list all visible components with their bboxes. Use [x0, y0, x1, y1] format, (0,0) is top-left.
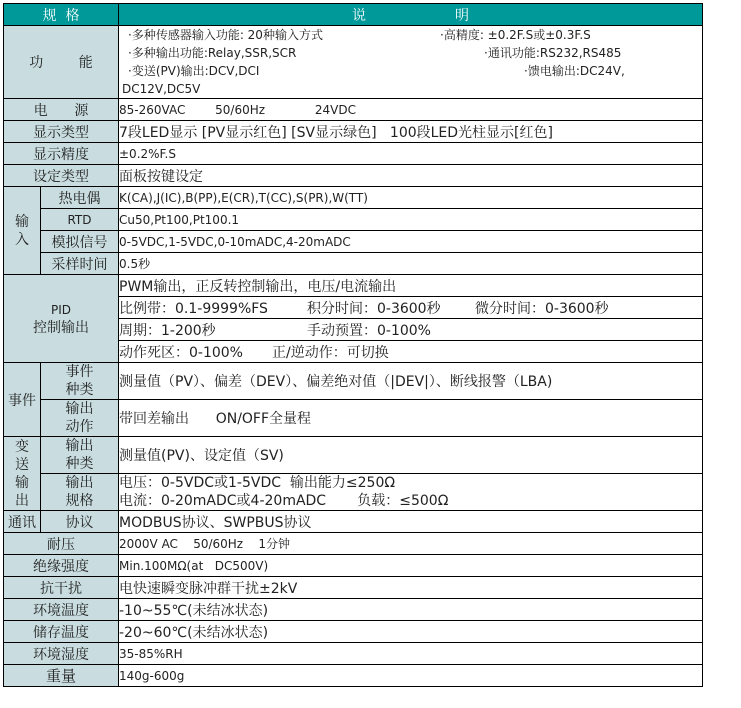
label-transmit-type: 输出 种类	[41, 437, 119, 474]
label-weight: 重量	[4, 665, 119, 687]
function-item: ·多种输出功能:Relay,SSR,SCR	[128, 44, 296, 62]
value-pid-deadband: 动作死区：0-100%正/逆动作：可切换	[119, 341, 703, 363]
value-transmit-type: 测量值(PV)、设定值（SV)	[119, 437, 703, 474]
value-thermocouple: K(CA),J(IC),B(PP),E(CR),T(CC),S(PR),W(TT…	[119, 187, 703, 209]
value-transmit-spec: 电压：0-5VDC或1-5VDC 输出能力≤250Ω 电流：0-20mADC或4…	[119, 474, 703, 511]
label-rtd: RTD	[41, 209, 119, 231]
label-transmit-output: 变 送 输 出	[4, 437, 41, 511]
value-analog-signal: 0-5VDC,1-5VDC,0-10mADC,4-20mADC	[119, 231, 703, 253]
pid-deadband: 动作死区：0-100%	[119, 342, 272, 362]
value-sampling-time: 0.5秒	[119, 253, 703, 275]
row-comm: 通讯 协议 MODBUS协议、SWPBUS协议	[4, 511, 703, 533]
value-ambient-humidity: 35-85%RH	[119, 643, 703, 665]
label-storage-temp: 储存温度	[4, 621, 119, 643]
value-anti-interference: 电快速瞬变脉冲群干扰±2kV	[119, 577, 703, 599]
header-spec: 规 格	[4, 4, 119, 26]
value-protocol: MODBUS协议、SWPBUS协议	[119, 511, 703, 533]
spec-table: 规 格 说 明 功 能 ·多种传感器输入功能: 20种输入方式 ·高精度: ±0…	[3, 3, 703, 687]
label-protocol: 协议	[41, 511, 119, 533]
function-item: ·通讯功能:RS232,RS485	[484, 44, 621, 62]
row-power: 电 源 85-260VAC 50/60Hz 24VDC	[4, 99, 703, 121]
label-char: 出	[4, 492, 40, 510]
value-withstand-voltage: 2000V AC 50/60Hz 1分钟	[119, 533, 703, 555]
value-event-action: 带回差输出 ON/OFF全量程	[119, 400, 703, 437]
value-ambient-temp: -10~55℃(未结冰状态)	[119, 599, 703, 621]
row-transmit-spec: 输出 规格 电压：0-5VDC或1-5VDC 输出能力≤250Ω 电流：0-20…	[4, 474, 703, 511]
row-ambient-temp: 环境温度 -10~55℃(未结冰状态)	[4, 599, 703, 621]
label-sampling-time: 采样时间	[41, 253, 119, 275]
label-line: 动作	[41, 418, 118, 436]
row-event-action: 输出 动作 带回差输出 ON/OFF全量程	[4, 400, 703, 437]
row-insulation: 绝缘强度 Min.100MΩ(at DC500V)	[4, 555, 703, 577]
value-power: 85-260VAC 50/60Hz 24VDC	[119, 99, 703, 121]
label-input: 输入	[4, 187, 41, 275]
transmit-current: 电流：0-20mADC或4-20mADC 负载：≤500Ω	[119, 492, 702, 510]
value-display-precision: ±0.2%F.S	[119, 143, 703, 165]
row-setting-type: 设定类型 面板按键设定	[4, 165, 703, 187]
label-pid: PID 控制输出	[4, 275, 119, 363]
label-line: 种类	[41, 455, 118, 473]
label-char: 变	[4, 438, 40, 456]
label-anti-interference: 抗干扰	[4, 577, 119, 599]
row-storage-temp: 储存温度 -20~60℃(未结冰状态)	[4, 621, 703, 643]
label-char: 送	[4, 456, 40, 474]
power-frequency: 50/60Hz	[215, 103, 265, 117]
label-event: 事件	[4, 363, 41, 437]
label-power: 电 源	[4, 99, 119, 121]
label-ambient-humidity: 环境湿度	[4, 643, 119, 665]
transmit-voltage: 电压：0-5VDC或1-5VDC 输出能力≤250Ω	[119, 474, 702, 492]
label-function: 功 能	[4, 26, 119, 99]
value-function: ·多种传感器输入功能: 20种输入方式 ·高精度: ±0.2F.S或±0.3F.…	[119, 26, 703, 99]
value-rtd: Cu50,Pt100,Pt100.1	[119, 209, 703, 231]
value-setting-type: 面板按键设定	[119, 165, 703, 187]
function-item: DC12V,DC5V	[122, 80, 200, 98]
row-display-type: 显示类型 7段LED显示 [PV显示红色] [SV显示绿色] 100段LED光柱…	[4, 121, 703, 143]
row-input-thermocouple: 输入 热电偶 K(CA),J(IC),B(PP),E(CR),T(CC),S(P…	[4, 187, 703, 209]
label-comm: 通讯	[4, 511, 41, 533]
function-item: ·高精度: ±0.2F.S或±0.3F.S	[440, 26, 591, 44]
value-display-type: 7段LED显示 [PV显示红色] [SV显示绿色] 100段LED光柱显示[红色…	[119, 121, 703, 143]
label-ambient-temp: 环境温度	[4, 599, 119, 621]
row-input-analog: 模拟信号 0-5VDC,1-5VDC,0-10mADC,4-20mADC	[4, 231, 703, 253]
label-display-precision: 显示精度	[4, 143, 119, 165]
value-weight: 140g-600g	[119, 665, 703, 687]
label-pid-top: PID	[4, 301, 118, 319]
row-pid-1: PID 控制输出 PWM输出，正反转控制输出，电压/电流输出	[4, 275, 703, 297]
label-event-action: 输出 动作	[41, 400, 119, 437]
label-transmit-spec: 输出 规格	[41, 474, 119, 511]
value-pid-output: PWM输出，正反转控制输出，电压/电流输出	[119, 275, 703, 297]
label-display-type: 显示类型	[4, 121, 119, 143]
pid-derivative-time: 微分时间：0-3600秒	[475, 301, 609, 317]
pid-proportional-band: 比例带：0.1-9999%FS	[119, 298, 307, 318]
label-line: 输出	[41, 400, 118, 418]
value-pid-cycle: 周期：1-200秒手动预置：0-100%	[119, 319, 703, 341]
label-line: 种类	[41, 381, 118, 399]
value-pid-params: 比例带：0.1-9999%FS积分时间：0-3600秒微分时间：0-3600秒	[119, 297, 703, 319]
row-input-rtd: RTD Cu50,Pt100,Pt100.1	[4, 209, 703, 231]
label-char: 输	[4, 474, 40, 492]
label-line: 事件	[41, 363, 118, 381]
pid-direction: 正/逆动作：可切换	[272, 345, 389, 361]
pid-integral-time: 积分时间：0-3600秒	[307, 298, 475, 318]
function-item: ·馈电输出:DC24V,	[524, 62, 625, 80]
power-voltage: 85-260VAC	[119, 103, 185, 117]
row-transmit-type: 变 送 输 出 输出 种类 测量值(PV)、设定值（SV)	[4, 437, 703, 474]
label-withstand-voltage: 耐压	[4, 533, 119, 555]
value-storage-temp: -20~60℃(未结冰状态)	[119, 621, 703, 643]
row-withstand: 耐压 2000V AC 50/60Hz 1分钟	[4, 533, 703, 555]
row-event-type: 事件 事件 种类 测量值（PV）、偏差（DEV）、偏差绝对值（|DEV|）、断线…	[4, 363, 703, 400]
pid-cycle: 周期：1-200秒	[119, 320, 307, 340]
row-function: 功 能 ·多种传感器输入功能: 20种输入方式 ·高精度: ±0.2F.S或±0…	[4, 26, 703, 99]
row-display-precision: 显示精度 ±0.2%F.S	[4, 143, 703, 165]
header-description: 说 明	[119, 4, 703, 26]
label-setting-type: 设定类型	[4, 165, 119, 187]
label-thermocouple: 热电偶	[41, 187, 119, 209]
label-line: 输出	[41, 474, 118, 492]
power-dc: 24VDC	[315, 103, 356, 117]
label-event-type: 事件 种类	[41, 363, 119, 400]
header-row: 规 格 说 明	[4, 4, 703, 26]
row-input-sampling: 采样时间 0.5秒	[4, 253, 703, 275]
label-insulation: 绝缘强度	[4, 555, 119, 577]
label-line: 输出	[41, 437, 118, 455]
value-insulation: Min.100MΩ(at DC500V)	[119, 555, 703, 577]
row-ambient-humidity: 环境湿度 35-85%RH	[4, 643, 703, 665]
label-pid-bottom: 控制输出	[4, 319, 118, 337]
row-weight: 重量 140g-600g	[4, 665, 703, 687]
pid-manual-preset: 手动预置：0-100%	[307, 323, 431, 339]
label-analog-signal: 模拟信号	[41, 231, 119, 253]
function-item: ·变送(PV)输出:DCV,DCI	[128, 62, 259, 80]
label-line: 规格	[41, 492, 118, 510]
function-item: ·多种传感器输入功能: 20种输入方式	[128, 26, 323, 44]
value-event-type: 测量值（PV）、偏差（DEV）、偏差绝对值（|DEV|）、断线报警（LBA)	[119, 363, 703, 400]
row-anti-interference: 抗干扰 电快速瞬变脉冲群干扰±2kV	[4, 577, 703, 599]
